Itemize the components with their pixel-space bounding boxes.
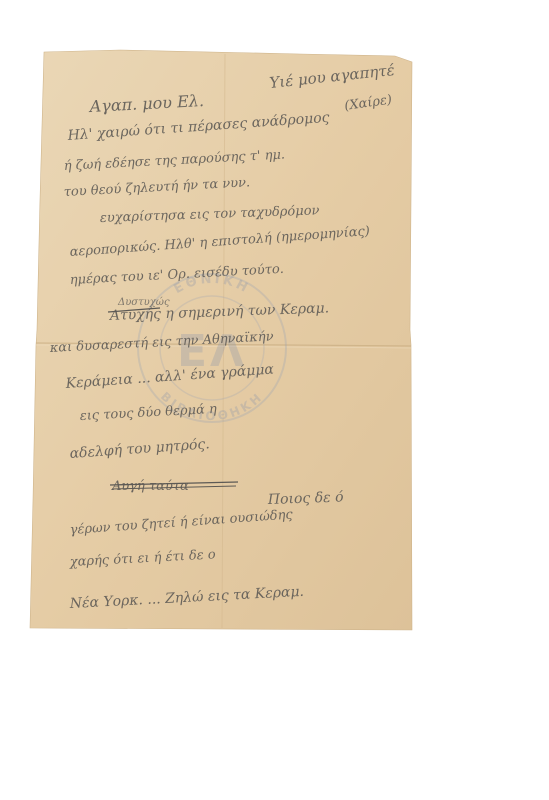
struck-phrase: Αυγή ταύτα: [111, 479, 189, 494]
scanned-letter: ΕΘΝΙΚΗ ΒΙΒΛΙΟΘΗΚΗ ΕΛ Υιέ μου αγαπητέ (Χα…: [0, 0, 549, 800]
letter-line: Ποιος δε ό: [267, 489, 344, 508]
